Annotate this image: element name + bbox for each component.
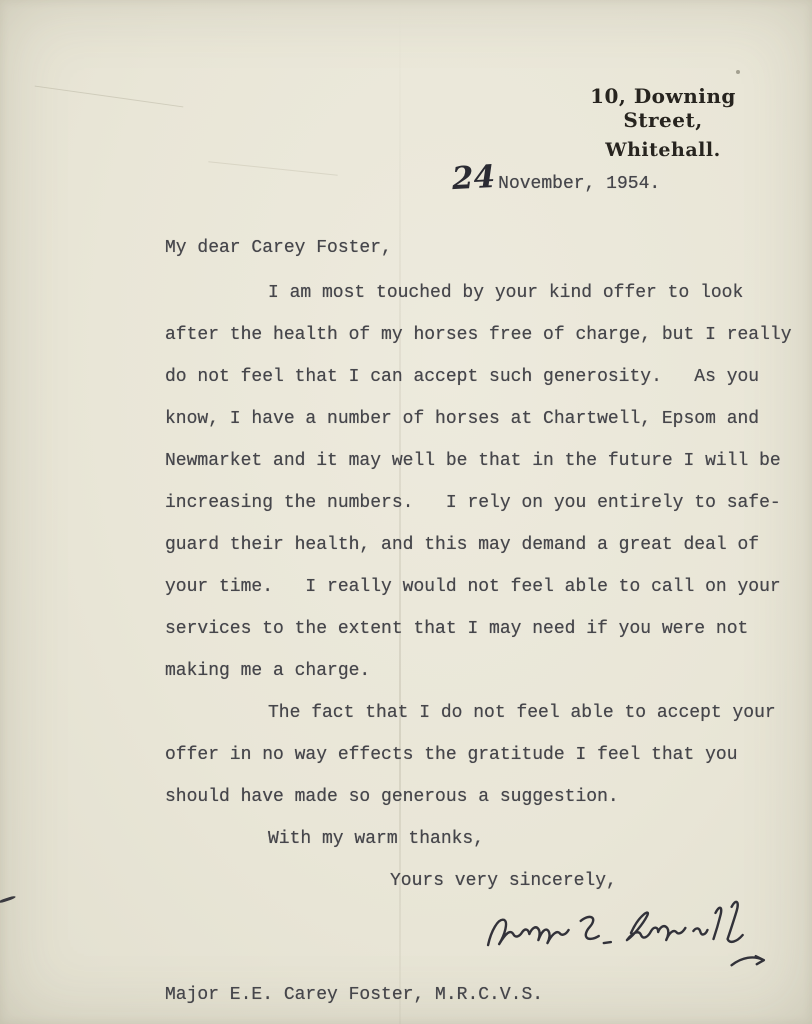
body-line: after the health of my horses free of ch… [165,314,810,356]
letter-page: 10, Downing Street, Whitehall. 24 Novemb… [0,0,812,1024]
body-line: I am most touched by your kind offer to … [165,272,810,314]
body-line: services to the extent that I may need i… [165,608,810,650]
body-line: making me a charge. [165,650,810,692]
letter-body: I am most touched by your kind offer to … [165,272,810,902]
closing-thanks-line: With my warm thanks, [165,818,810,860]
body-line: increasing the numbers. I rely on you en… [165,482,810,524]
salutation: My dear Carey Foster, [165,238,392,258]
paper-crease [208,161,337,176]
churchill-signature [478,886,790,980]
body-line: should have made so generous a suggestio… [165,776,810,818]
date-line: 24 November, 1954. [452,160,660,196]
typed-date: November, 1954. [498,174,660,194]
body-line: Newmarket and it may well be that in the… [165,440,810,482]
body-line: your time. I really would not feel able … [165,566,810,608]
body-line: offer in no way effects the gratitude I … [165,734,810,776]
body-line: do not feel that I can accept such gener… [165,356,810,398]
handwritten-day: 24 [451,159,496,197]
paper-speck [736,70,740,74]
signature-drawing [478,886,790,980]
letterhead-address-line2: Whitehall. [548,139,778,161]
letterhead: 10, Downing Street, Whitehall. [548,84,778,161]
letterhead-address-line1: 10, Downing Street, [548,84,778,132]
paper-crease [35,86,184,108]
margin-pen-mark [0,895,16,903]
body-line: The fact that I do not feel able to acce… [165,692,810,734]
recipient-line: Major E.E. Carey Foster, M.R.C.V.S. [165,985,543,1005]
body-line: guard their health, and this may demand … [165,524,810,566]
body-line: know, I have a number of horses at Chart… [165,398,810,440]
